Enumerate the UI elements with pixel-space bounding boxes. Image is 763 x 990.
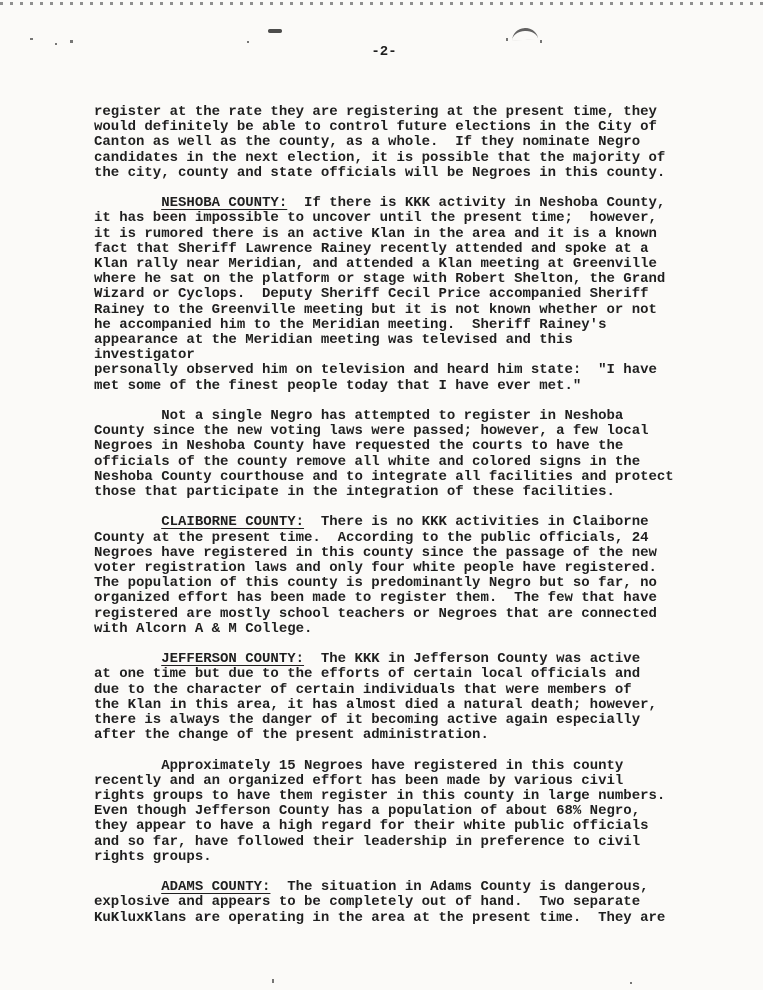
- paragraph: ADAMS COUNTY: The situation in Adams Cou…: [94, 880, 682, 926]
- dotted-top-border: [0, 2, 763, 5]
- page-number: -2-: [95, 44, 673, 60]
- paragraph: JEFFERSON COUNTY: The KKK in Jefferson C…: [94, 652, 682, 743]
- section-heading: JEFFERSON COUNTY:: [161, 651, 304, 667]
- paragraph-indent: [94, 758, 161, 774]
- paragraph-indent: [94, 514, 161, 530]
- paragraph: NESHOBA COUNTY: If there is KKK activity…: [94, 196, 682, 394]
- paragraph-indent: [94, 879, 161, 895]
- scan-artifact: [630, 982, 632, 984]
- scan-artifact: [268, 29, 282, 33]
- paragraph: register at the rate they are registerin…: [94, 105, 682, 181]
- section-heading: NESHOBA COUNTY:: [161, 195, 287, 211]
- scan-artifact: [506, 38, 508, 41]
- document-body: register at the rate they are registerin…: [94, 105, 682, 941]
- paragraph-indent: [94, 195, 161, 211]
- paragraph: Approximately 15 Negroes have registered…: [94, 759, 682, 865]
- scan-artifact: [272, 979, 274, 983]
- paragraph-text: register at the rate they are registerin…: [94, 104, 665, 181]
- paragraph-text: Approximately 15 Negroes have registered…: [94, 758, 665, 865]
- scan-artifact: [247, 41, 249, 43]
- scan-artifact: [540, 40, 542, 43]
- section-heading: ADAMS COUNTY:: [161, 879, 270, 895]
- paragraph-indent: [94, 651, 161, 667]
- paragraph-indent: [94, 408, 161, 424]
- paragraph: CLAIBORNE COUNTY: There is no KKK activi…: [94, 515, 682, 637]
- scanned-document-page: { "colors":{ "paper":"#fbfaf8", "ink":"#…: [0, 0, 763, 990]
- section-heading: CLAIBORNE COUNTY:: [161, 514, 304, 530]
- scan-artifact: [55, 43, 57, 45]
- paragraph: Not a single Negro has attempted to regi…: [94, 409, 682, 500]
- paragraph-text: Not a single Negro has attempted to regi…: [94, 408, 674, 500]
- scan-artifact: [512, 28, 538, 41]
- paragraph-text: There is no KKK activities in Claiborne …: [94, 514, 657, 636]
- scan-artifact: [30, 38, 33, 40]
- paragraph-text: If there is KKK activity in Neshoba Coun…: [94, 195, 665, 393]
- scan-artifact: [70, 40, 73, 43]
